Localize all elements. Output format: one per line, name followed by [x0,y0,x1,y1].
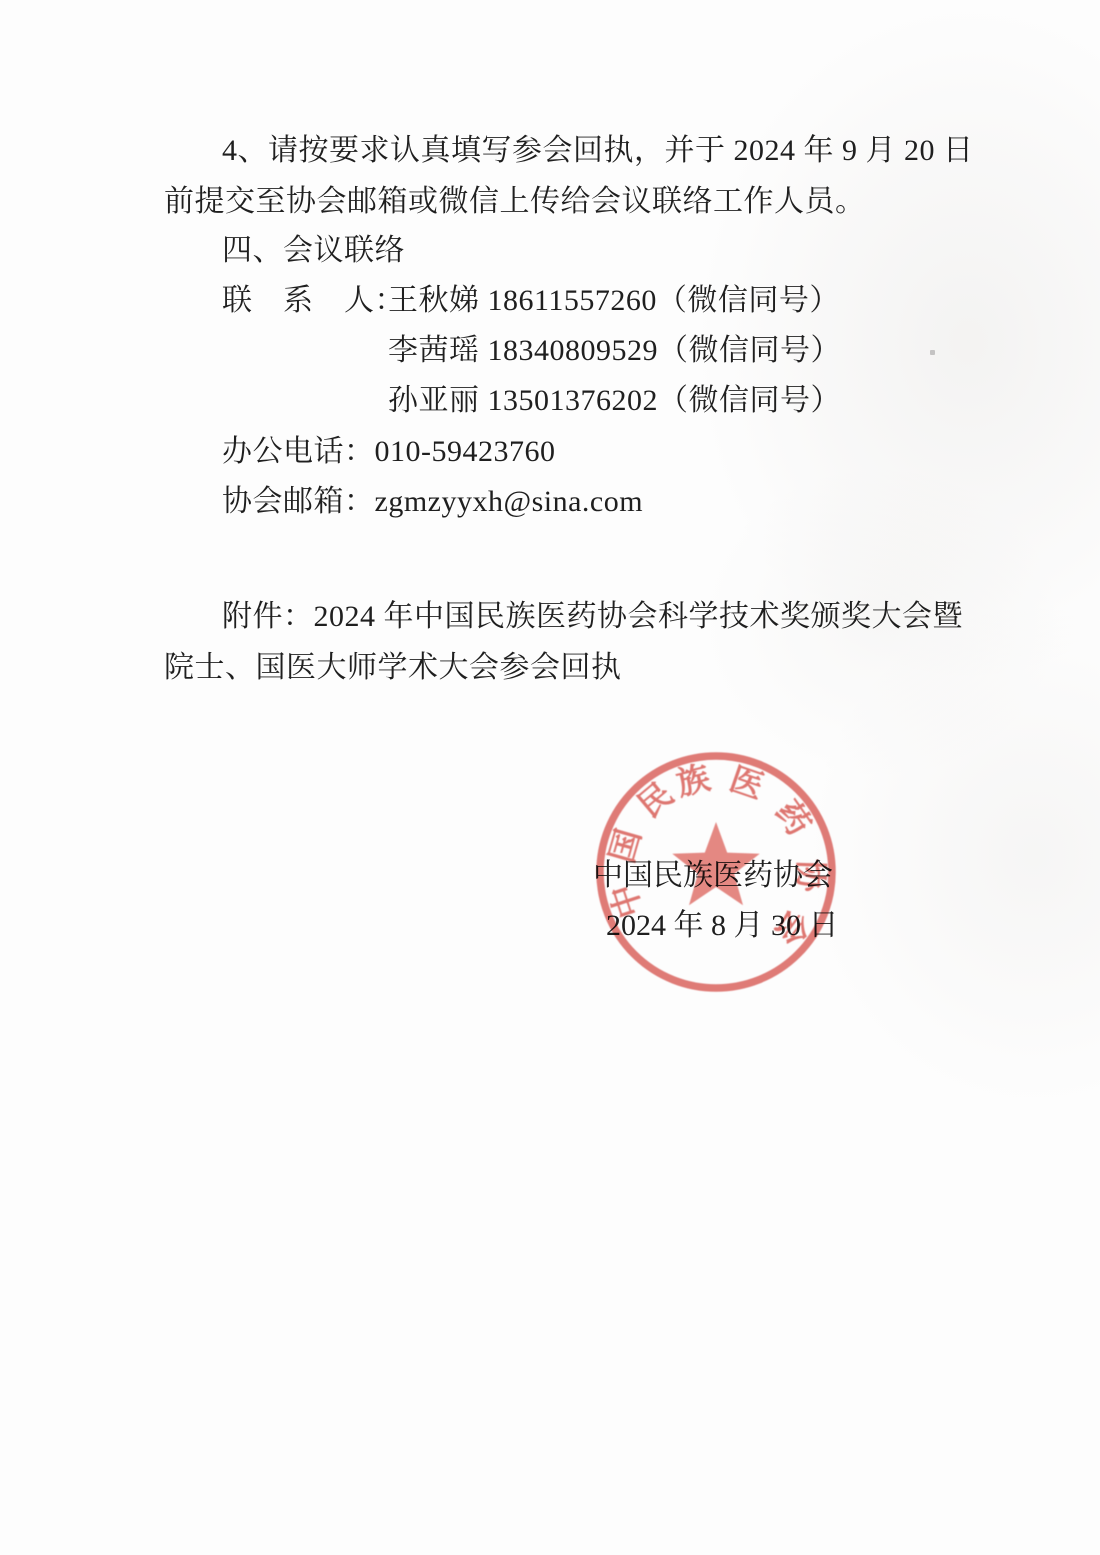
association-email-label: 协会邮箱： [222,485,375,518]
red-star-icon [672,822,759,905]
association-email-address: zgmzyyxh@sina.com [375,485,644,518]
office-phone-line: 办公电话：010-59423760 [222,434,556,470]
paragraph-item4-line1: 4、请按要求认真填写参会回执，并于 2024 年 9 月 20 日 [222,133,974,169]
section-title-contact: 四、会议联络 [222,233,405,269]
attachment-line-1: 附件：2024 年中国民族医药协会科学技术奖颁奖大会暨 [222,599,963,635]
scan-texture [0,0,1100,1555]
seal-arc-char: 族 [673,759,714,803]
contact-entry-3: 孙亚丽 13501376202（微信同号） [388,383,841,419]
office-phone-label: 办公电话： [222,435,375,468]
seal-arc-char: 协 [790,858,828,893]
official-seal: 中 国 民 族 医 药 协 会 [586,742,846,1002]
contact-person-label: 联 系 人： [222,283,405,319]
association-email-line: 协会邮箱：zgmzyyxh@sina.com [222,484,643,520]
office-phone-number: 010-59423760 [375,435,556,468]
paragraph-item4-line2: 前提交至协会邮箱或微信上传给会议联络工作人员。 [164,184,866,220]
contact-entry-1: 王秋娣 18611557260（微信同号） [388,283,840,319]
attachment-line-2: 院士、国医大师学术大会参会回执 [164,650,622,686]
contact-entry-2: 李茜瑶 18340809529（微信同号） [388,333,841,369]
scan-speck [930,350,935,355]
document-page: 4、请按要求认真填写参会回执，并于 2024 年 9 月 20 日 前提交至协会… [0,0,1100,1555]
